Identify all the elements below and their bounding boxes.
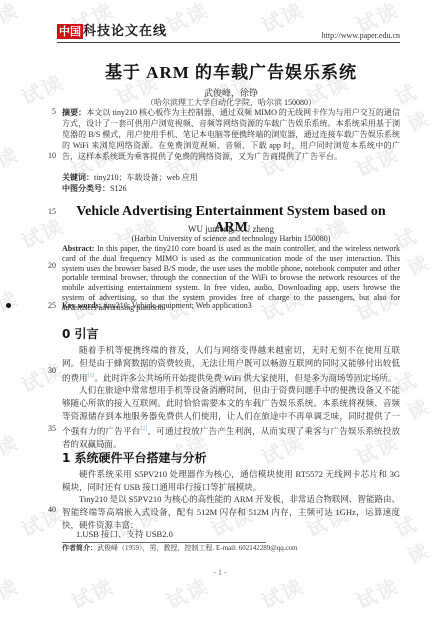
line-number: 40	[36, 505, 56, 514]
line-number: 30	[36, 366, 56, 375]
logo-red-mark: 中国	[57, 24, 83, 39]
keywords-text-cn: tiny210；车载设备；web 应用	[94, 173, 198, 182]
watermark-stamp: 试读	[0, 0, 23, 39]
paper-page: 试读试读试读试读试读试读试读试读试读试读试读试读试读试读试读试读试读试读试读试读…	[0, 0, 440, 620]
authors-en: WU junfeng, XU zheng	[62, 224, 400, 234]
citation-ref-1: [1]	[88, 373, 95, 379]
line-number: 5	[36, 107, 56, 116]
site-url: http://www.paper.edu.cn	[322, 31, 400, 40]
s0-p1-text-cont: 。此时许多公共场所开始提供免费 WiFi 供大家使用，但是多为商场等固定场所。	[95, 373, 397, 383]
line-number: 35	[36, 424, 56, 433]
affiliation-en: (Harbin University of science and techno…	[62, 234, 400, 243]
logo-wordmark: 科技论文在线	[83, 24, 167, 39]
keywords-label-en: Key words:	[62, 301, 101, 310]
watermark-stamp: 试读	[16, 66, 68, 111]
keywords-text-en: tiny210; Vehicle equipment; Web applicat…	[103, 301, 251, 310]
section-1-paragraph-2: Tiny210 是以 S5PV210 为核心的高性能的 ARM 开发板，非常适合…	[62, 493, 400, 532]
keywords-label-cn: 关键词：	[62, 173, 94, 182]
abstract-label-en: Abstract:	[62, 244, 94, 253]
section-0-heading: 0 引言	[62, 325, 400, 342]
watermark-stamp: 试读	[16, 354, 68, 399]
clc-label: 中图分类号：	[62, 184, 110, 193]
watermark-stamp: 试读	[0, 426, 23, 471]
section-1-heading: 1 系统硬件平台搭建与分析	[62, 449, 400, 466]
watermark-stamp: 试读	[16, 210, 68, 255]
keywords-cn: 关键词：tiny210；车载设备；web 应用	[62, 172, 400, 183]
line-number: 20	[36, 261, 56, 270]
site-logo: 中国科技论文在线	[57, 20, 167, 40]
line-number: 25	[36, 301, 56, 310]
clc-value: S126	[110, 184, 126, 193]
page-number: - 1 -	[0, 568, 440, 577]
abstract-cn: 摘要：本文以 tiny210 核心板作为主控制器，通过双频 MIMO 的无线网卡…	[62, 107, 400, 162]
keywords-en: Key words: tiny210; Vehicle equipment; W…	[62, 301, 400, 310]
abstract-text-cn: 本文以 tiny210 核心板作为主控制器，通过双频 MIMO 的无线网卡作为与…	[62, 108, 400, 161]
abstract-label-cn: 摘要：	[62, 108, 86, 117]
author-bio-text: 武俊峰（1959），男，教授，控制工程. E-mail: 602142289@q…	[97, 544, 298, 552]
watermark-stamp: 试读	[0, 282, 23, 327]
section-0-paragraph-2: 人们在旅途中常常想用手机等设备消磨时间，但由于资费问题手中的便携设备又不能够随心…	[62, 384, 400, 451]
author-bio-label: 作者简介：	[62, 544, 97, 552]
watermark-stamp: 试读	[0, 138, 23, 183]
section-0-paragraph-1: 随着手机等便携终端的普及，人们与网络变得越来越密切，无时无刻不在使用互联网。但是…	[62, 344, 400, 385]
clc-number: 中图分类号：S126	[62, 183, 400, 194]
line-number: 10	[36, 151, 56, 160]
hardware-list-item-usb: 1.USB 接口、支持 USB2.0	[62, 528, 266, 543]
section-1-paragraph-1: 硬件系统采用 S5PV210 处理器作为核心，通信模块使用 RT5572 无线网…	[62, 468, 400, 494]
site-header: 中国科技论文在线 http://www.paper.edu.cn	[57, 22, 400, 43]
margin-bullet	[6, 303, 11, 308]
author-bio-footnote: 作者简介：武俊峰（1959），男，教授，控制工程. E-mail: 602142…	[62, 543, 400, 553]
paper-title-cn: 基于 ARM 的车载广告娱乐系统	[62, 58, 400, 83]
line-number: 15	[36, 207, 56, 216]
